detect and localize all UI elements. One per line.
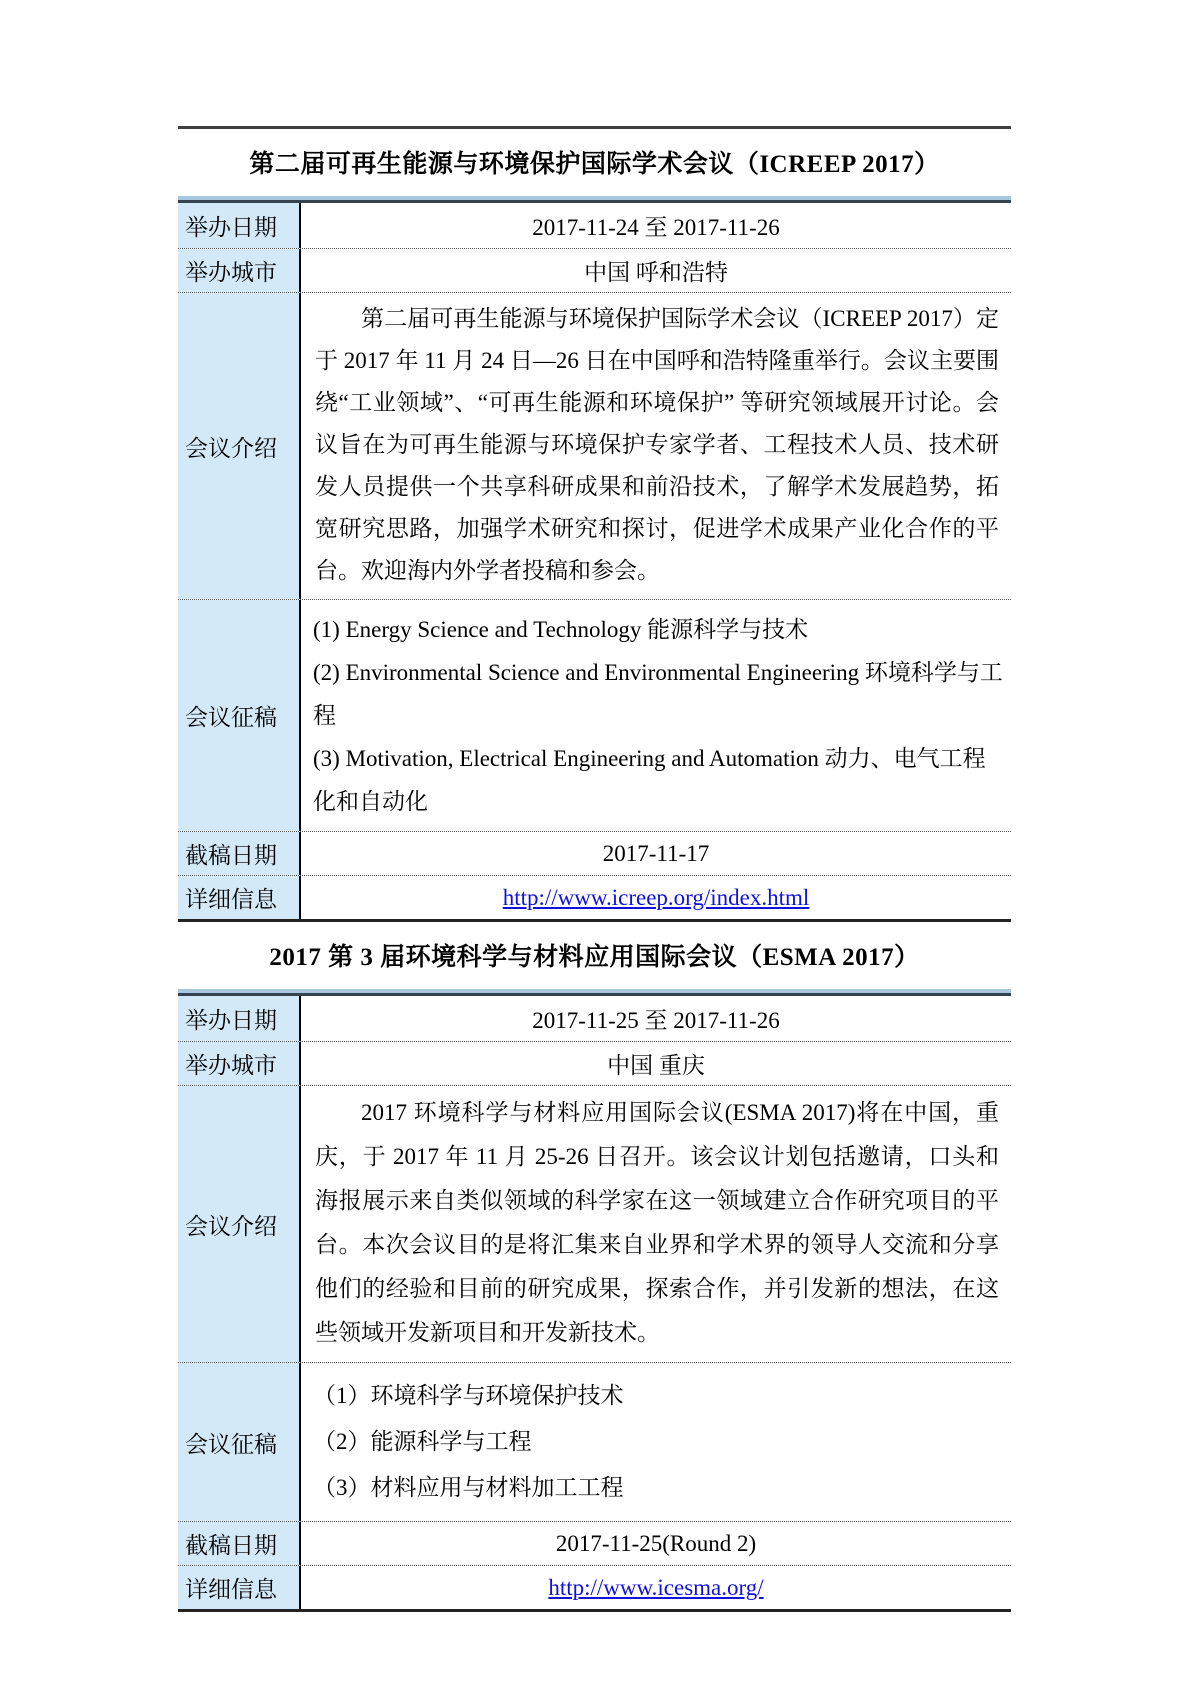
- table-row-city: 举办城市 中国 呼和浩特: [178, 248, 1011, 292]
- document-content: 第二届可再生能源与环境保护国际学术会议（ICREEP 2017） 举办日期 20…: [178, 0, 1011, 1612]
- topic-item: （2）能源科学与工程: [313, 1419, 1005, 1465]
- topic-item: (1) Energy Science and Technology 能源科学与技…: [313, 608, 1005, 651]
- date-label: 举办日期: [178, 996, 301, 1041]
- table-row-topics: 会议征稿 (1) Energy Science and Technology 能…: [178, 599, 1011, 831]
- city-label: 举办城市: [178, 249, 301, 292]
- deadline-value: 2017-11-25(Round 2): [301, 1522, 1011, 1565]
- table-row-intro: 会议介绍 第二届可再生能源与环境保护国际学术会议（ICREEP 2017）定于 …: [178, 292, 1011, 599]
- info-label: 详细信息: [178, 1566, 301, 1609]
- table-row-deadline: 截稿日期 2017-11-17: [178, 831, 1011, 875]
- deadline-label: 截稿日期: [178, 1522, 301, 1565]
- table-row-info: 详细信息 http://www.icreep.org/index.html: [178, 875, 1011, 919]
- topics-list: （1）环境科学与环境保护技术 （2）能源科学与工程 （3）材料应用与材料加工工程: [301, 1363, 1011, 1521]
- city-value: 中国 重庆: [301, 1042, 1011, 1085]
- conference-2-table-inner: 举办日期 2017-11-25 至 2017-11-26 举办城市 中国 重庆 …: [178, 993, 1011, 1612]
- conference-1-table: 举办日期 2017-11-24 至 2017-11-26 举办城市 中国 呼和浩…: [178, 196, 1011, 922]
- table-row-deadline: 截稿日期 2017-11-25(Round 2): [178, 1521, 1011, 1565]
- topic-item: (3) Motivation, Electrical Engineering a…: [313, 737, 1005, 823]
- table-row-topics: 会议征稿 （1）环境科学与环境保护技术 （2）能源科学与工程 （3）材料应用与材…: [178, 1362, 1011, 1521]
- deadline-label: 截稿日期: [178, 832, 301, 875]
- topic-item: (2) Environmental Science and Environmen…: [313, 651, 1005, 737]
- deadline-value: 2017-11-17: [301, 832, 1011, 875]
- city-label: 举办城市: [178, 1042, 301, 1085]
- topics-list: (1) Energy Science and Technology 能源科学与技…: [301, 600, 1011, 831]
- intro-text: 第二届可再生能源与环境保护国际学术会议（ICREEP 2017）定于 2017 …: [301, 293, 1011, 599]
- table-row-date: 举办日期 2017-11-25 至 2017-11-26: [178, 996, 1011, 1041]
- conference-1-link[interactable]: http://www.icreep.org/index.html: [503, 885, 810, 911]
- table-row-date: 举办日期 2017-11-24 至 2017-11-26: [178, 203, 1011, 248]
- topics-label: 会议征稿: [178, 1363, 301, 1521]
- topic-item: （1）环境科学与环境保护技术: [313, 1373, 1005, 1419]
- city-value: 中国 呼和浩特: [301, 249, 1011, 292]
- topics-label: 会议征稿: [178, 600, 301, 831]
- horizontal-rule: [178, 126, 1011, 129]
- info-value: http://www.icesma.org/: [301, 1566, 1011, 1609]
- date-label: 举办日期: [178, 203, 301, 248]
- topic-item: （3）材料应用与材料加工工程: [313, 1465, 1005, 1511]
- intro-text: 2017 环境科学与材料应用国际会议(ESMA 2017)将在中国，重庆，于 2…: [301, 1086, 1011, 1362]
- conference-1-table-inner: 举办日期 2017-11-24 至 2017-11-26 举办城市 中国 呼和浩…: [178, 200, 1011, 922]
- table-row-intro: 会议介绍 2017 环境科学与材料应用国际会议(ESMA 2017)将在中国，重…: [178, 1085, 1011, 1362]
- date-value: 2017-11-25 至 2017-11-26: [301, 996, 1011, 1041]
- date-value: 2017-11-24 至 2017-11-26: [301, 203, 1011, 248]
- conference-2-link[interactable]: http://www.icesma.org/: [548, 1575, 763, 1601]
- intro-label: 会议介绍: [178, 293, 301, 599]
- conference-2-table: 举办日期 2017-11-25 至 2017-11-26 举办城市 中国 重庆 …: [178, 989, 1011, 1612]
- info-value: http://www.icreep.org/index.html: [301, 876, 1011, 919]
- conference-1-title: 第二届可再生能源与环境保护国际学术会议（ICREEP 2017）: [178, 144, 1011, 180]
- intro-label: 会议介绍: [178, 1086, 301, 1362]
- info-label: 详细信息: [178, 876, 301, 919]
- document-page: 第二届可再生能源与环境保护国际学术会议（ICREEP 2017） 举办日期 20…: [0, 0, 1191, 1684]
- conference-2-title: 2017 第 3 届环境科学与材料应用国际会议（ESMA 2017）: [178, 937, 1011, 973]
- table-row-info: 详细信息 http://www.icesma.org/: [178, 1565, 1011, 1609]
- table-row-city: 举办城市 中国 重庆: [178, 1041, 1011, 1085]
